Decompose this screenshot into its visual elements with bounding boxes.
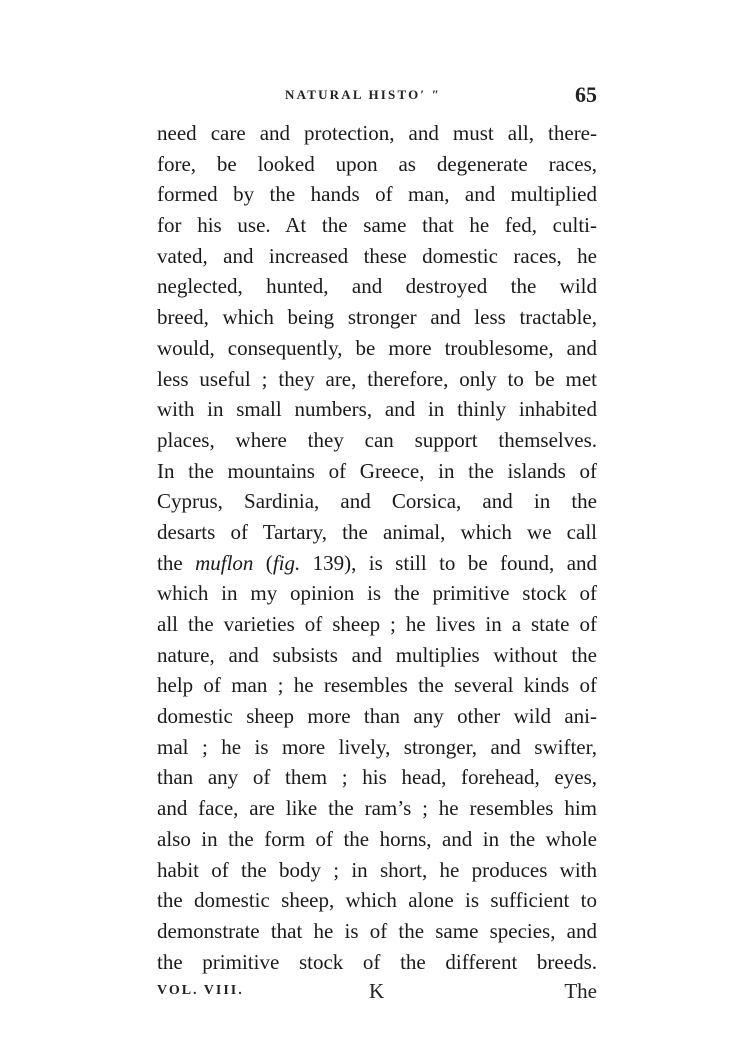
text-fragment: the xyxy=(157,551,195,575)
text-line: need care and protection, and must all, … xyxy=(157,118,597,149)
text-line: breed, which being stronger and less tra… xyxy=(157,302,597,333)
text-line: with in small numbers, and in thinly inh… xyxy=(157,394,597,425)
text-line: nature, and subsists and multiplies with… xyxy=(157,640,597,671)
text-line: mal ; he is more lively, stronger, and s… xyxy=(157,732,597,763)
page-footer: VOL. VIII. K The xyxy=(157,979,597,1009)
text-line: less useful ; they are, therefore, only … xyxy=(157,364,597,395)
text-line: also in the form of the horns, and in th… xyxy=(157,824,597,855)
text-line: formed by the hands of man, and multipli… xyxy=(157,179,597,210)
text-line: In the mountains of Greece, in the islan… xyxy=(157,456,597,487)
text-line: domestic sheep more than any other wild … xyxy=(157,701,597,732)
text-line: demonstrate that he is of the same speci… xyxy=(157,916,597,947)
text-line: fore, be looked upon as degenerate races… xyxy=(157,149,597,180)
page-number: 65 xyxy=(575,82,597,108)
text-line: Cyprus, Sardinia, and Corsica, and in th… xyxy=(157,486,597,517)
text-line-with-italics: the muflon (fig. 139), is still to be fo… xyxy=(157,548,597,579)
text-line: and face, are like the ram’s ; he resemb… xyxy=(157,793,597,824)
text-line: would, consequently, be more troublesome… xyxy=(157,333,597,364)
volume-signature: VOL. VIII. xyxy=(157,983,244,999)
text-line: desarts of Tartary, the animal, which we… xyxy=(157,517,597,548)
catchword: The xyxy=(564,979,597,1004)
text-line: all the varieties of sheep ; he lives in… xyxy=(157,609,597,640)
text-line: the primitive stock of the different bre… xyxy=(157,947,597,978)
italic-fig-reference: fig. xyxy=(273,551,300,575)
text-line: for his use. At the same that he fed, cu… xyxy=(157,210,597,241)
book-page: NATURAL HISTO′ ʺ 65 need care and protec… xyxy=(157,82,597,1009)
text-fragment: ( xyxy=(253,551,272,575)
running-title: NATURAL HISTO′ ʺ xyxy=(285,87,440,103)
text-fragment: 139), is still to be found, and xyxy=(300,551,597,575)
text-line: which in my opinion is the primitive sto… xyxy=(157,578,597,609)
text-line: the domestic sheep, which alone is suffi… xyxy=(157,885,597,916)
text-line: habit of the body ; in short, he produce… xyxy=(157,855,597,886)
gathering-mark: K xyxy=(369,979,384,1004)
body-text: need care and protection, and must all, … xyxy=(157,118,597,977)
text-line: neglected, hunted, and destroyed the wil… xyxy=(157,271,597,302)
text-line: vated, and increased these domestic race… xyxy=(157,241,597,272)
text-line: than any of them ; his head, forehead, e… xyxy=(157,762,597,793)
text-line: help of man ; he resembles the several k… xyxy=(157,670,597,701)
italic-term-muflon: muflon xyxy=(195,551,253,575)
text-line: places, where they can support themselve… xyxy=(157,425,597,456)
running-head: NATURAL HISTO′ ʺ 65 xyxy=(157,82,597,112)
